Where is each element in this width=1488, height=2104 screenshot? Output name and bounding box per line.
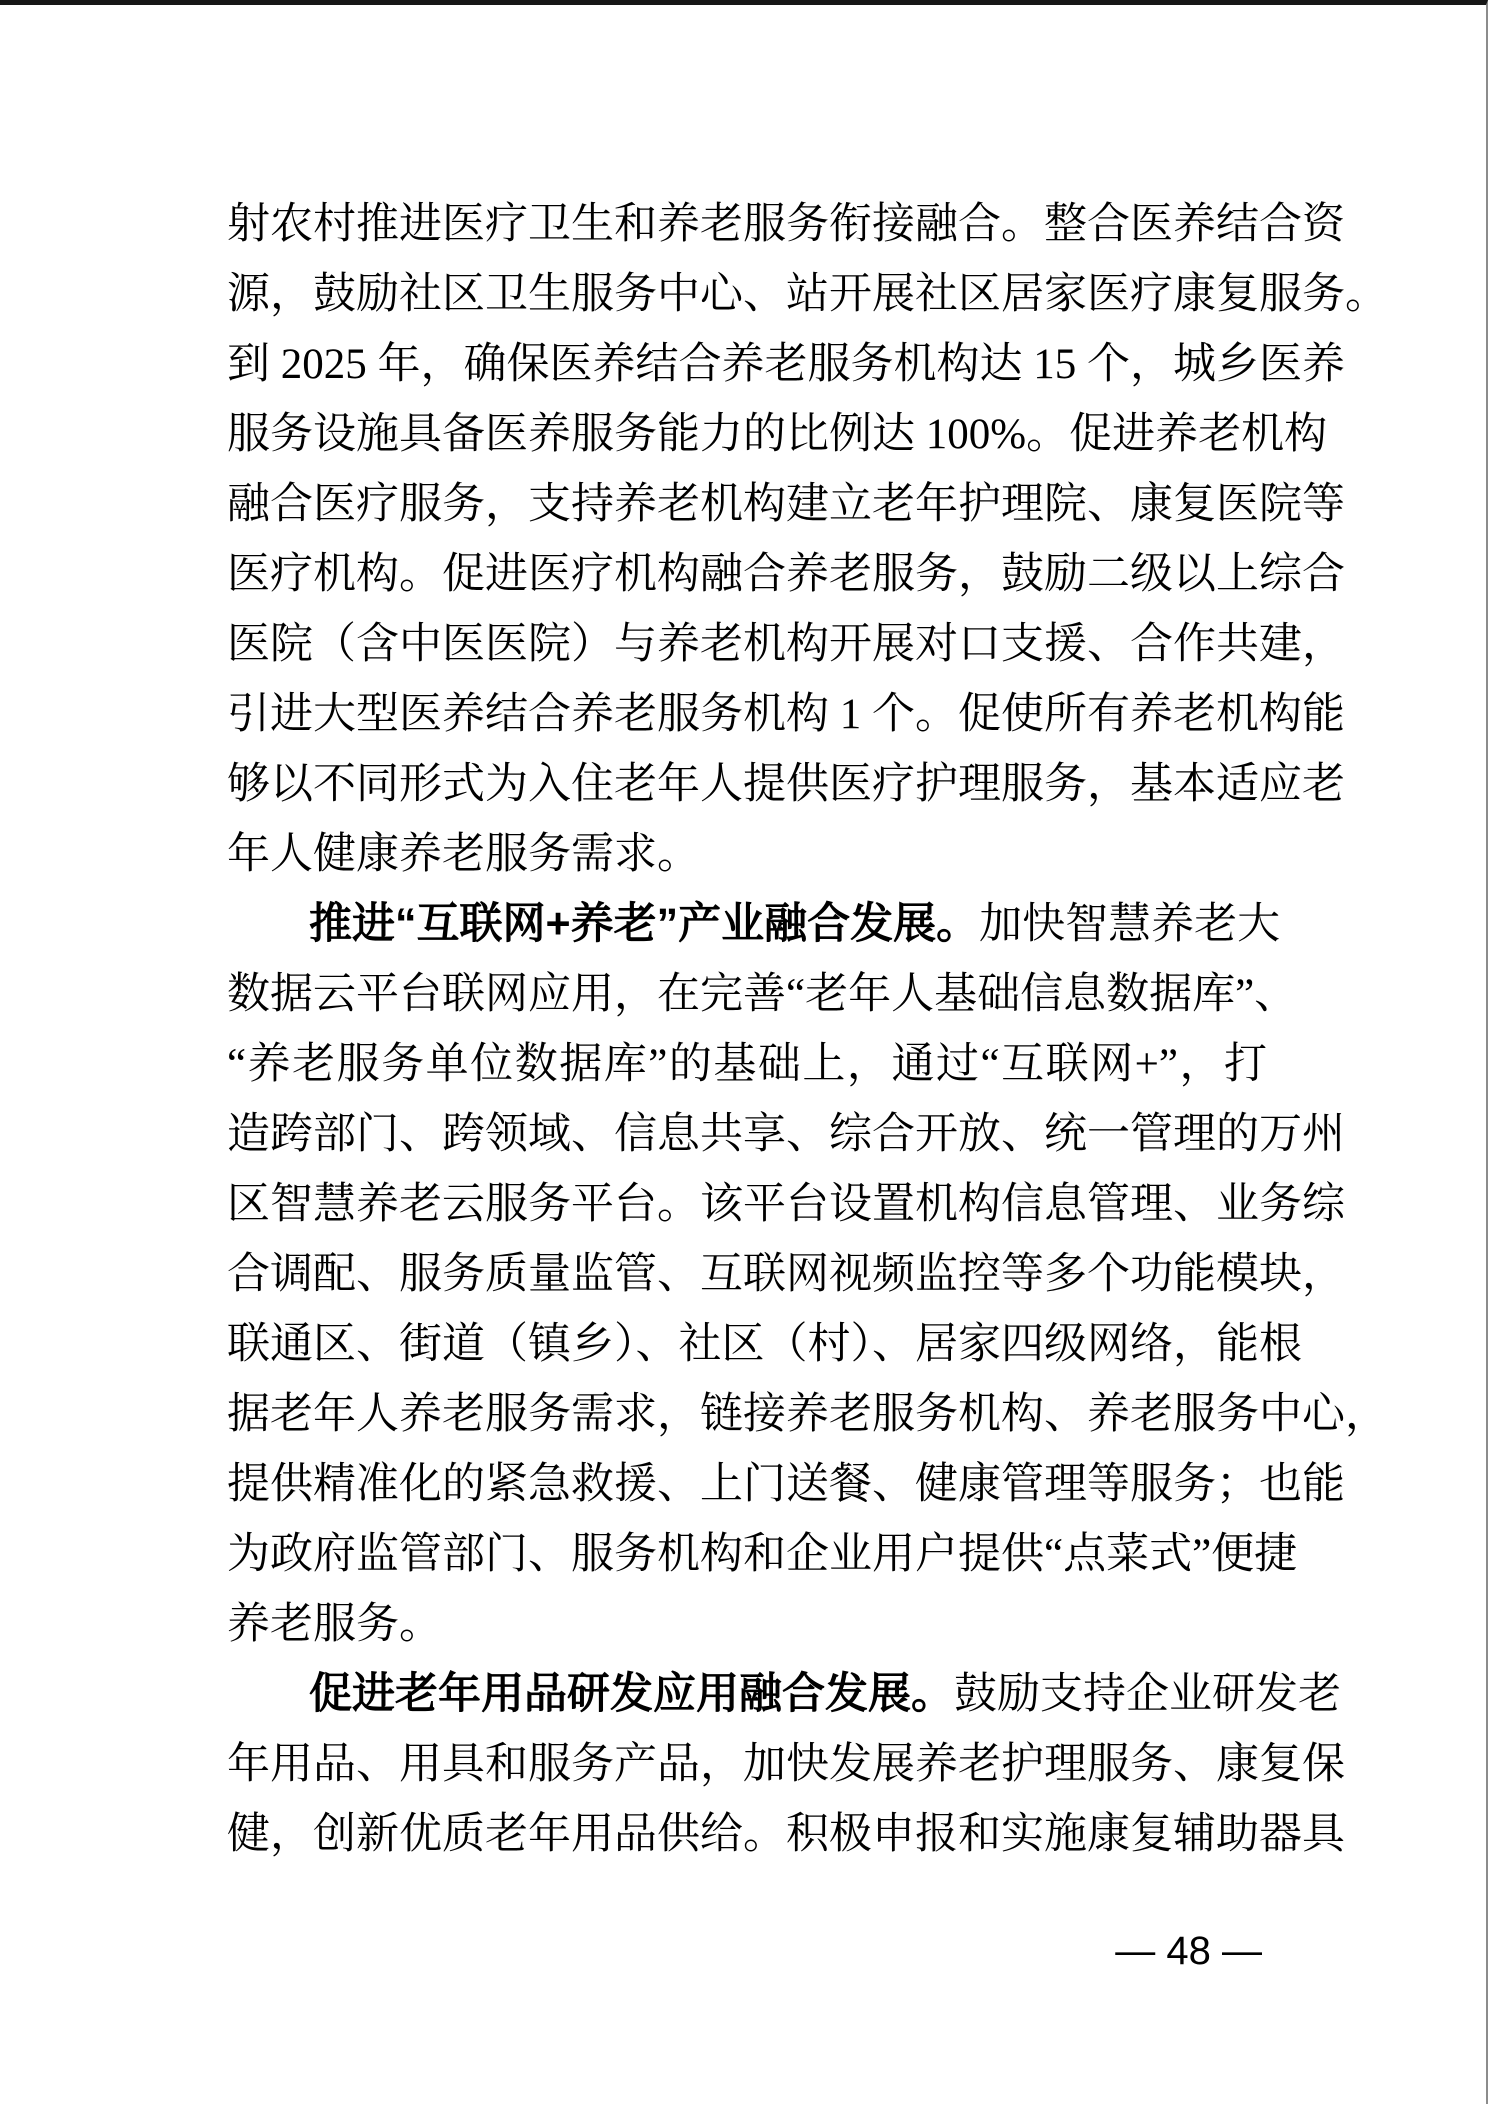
text-run: 医院（含中医医院）与养老机构开展对口支援、合作共建， [227, 621, 1345, 668]
text-run: 健，创新优质老年用品供给。积极申报和实施康复辅助器具 [227, 1811, 1345, 1858]
text-line: 引进大型医养结合养老服务机构 1 个。促使所有养老机构能 [227, 679, 1267, 749]
text-run: “养老服务单位数据库”的基础上，通过“互联网+”，打 [227, 1041, 1267, 1088]
text-line: 年用品、用具和服务产品，加快发展养老护理服务、康复保 [227, 1729, 1267, 1799]
text-line: 数据云平台联网应用，在完善“老年人基础信息数据库”、 [227, 959, 1267, 1029]
text-line: 融合医疗服务，支持养老机构建立老年护理院、康复医院等 [227, 469, 1267, 539]
text-line: 射农村推进医疗卫生和养老服务衔接融合。整合医养结合资 [227, 189, 1267, 259]
text-run: 服务设施具备医养服务能力的比例达 100%。促进养老机构 [227, 411, 1327, 458]
paragraph-last-line: 年人健康养老服务需求。 [227, 819, 1267, 889]
text-line: 服务设施具备医养服务能力的比例达 100%。促进养老机构 [227, 399, 1267, 469]
text-line: 合调配、服务质量监管、互联网视频监控等多个功能模块， [227, 1239, 1267, 1309]
text-run: 据老年人养老服务需求，链接养老服务机构、养老服务中心， [227, 1391, 1388, 1438]
paragraph-heading-line: 促进老年用品研发应用融合发展。鼓励支持企业研发老 [227, 1659, 1267, 1729]
text-run: 引进大型医养结合养老服务机构 1 个。促使所有养老机构能 [227, 691, 1345, 738]
text-run: 医疗机构。促进医疗机构融合养老服务，鼓励二级以上综合 [227, 551, 1345, 598]
text-line: 联通区、街道（镇乡）、社区（村）、居家四级网络，能根 [227, 1309, 1267, 1379]
text-run: 射农村推进医疗卫生和养老服务衔接融合。整合医养结合资 [227, 201, 1345, 248]
text-run: 为政府监管部门、服务机构和企业用户提供“点菜式”便捷 [227, 1531, 1297, 1578]
text-run: 年用品、用具和服务产品，加快发展养老护理服务、康复保 [227, 1741, 1345, 1788]
text-line: 区智慧养老云服务平台。该平台设置机构信息管理、业务综 [227, 1169, 1267, 1239]
text-line: 为政府监管部门、服务机构和企业用户提供“点菜式”便捷 [227, 1519, 1267, 1589]
text-line: 提供精准化的紧急救援、上门送餐、健康管理等服务；也能 [227, 1449, 1267, 1519]
text-run: 加快智慧养老大 [979, 901, 1280, 948]
text-run: 鼓励支持企业研发老 [954, 1671, 1341, 1718]
text-run: 造跨部门、跨领域、信息共享、综合开放、统一管理的万州 [227, 1111, 1345, 1158]
document-page: 射农村推进医疗卫生和养老服务衔接融合。整合医养结合资 源，鼓励社区卫生服务中心、… [0, 0, 1488, 2104]
text-run: 到 2025 年，确保医养结合养老服务机构达 15 个，城乡医养 [227, 341, 1345, 388]
text-run: 数据云平台联网应用，在完善“老年人基础信息数据库”、 [227, 971, 1297, 1018]
text-body: 射农村推进医疗卫生和养老服务衔接融合。整合医养结合资 源，鼓励社区卫生服务中心、… [227, 189, 1267, 1869]
text-line: 到 2025 年，确保医养结合养老服务机构达 15 个，城乡医养 [227, 329, 1267, 399]
page-number: — 48 — [1115, 1929, 1262, 1974]
text-line: 造跨部门、跨领域、信息共享、综合开放、统一管理的万州 [227, 1099, 1267, 1169]
text-run: 源，鼓励社区卫生服务中心、站开展社区居家医疗康复服务。 [227, 271, 1388, 318]
text-line: 源，鼓励社区卫生服务中心、站开展社区居家医疗康复服务。 [227, 259, 1267, 329]
text-run: 养老服务。 [227, 1601, 442, 1648]
bold-run: 促进老年用品研发应用融合发展。 [309, 1670, 954, 1718]
paragraph-heading-line: 推进“互联网+养老”产业融合发展。加快智慧养老大 [227, 889, 1267, 959]
bold-run: 推进“互联网+养老”产业融合发展。 [309, 900, 979, 948]
text-run: 联通区、街道（镇乡）、社区（村）、居家四级网络，能根 [227, 1321, 1302, 1368]
text-line: “养老服务单位数据库”的基础上，通过“互联网+”，打 [227, 1029, 1267, 1099]
text-run: 区智慧养老云服务平台。该平台设置机构信息管理、业务综 [227, 1181, 1345, 1228]
text-line: 健，创新优质老年用品供给。积极申报和实施康复辅助器具 [227, 1799, 1267, 1869]
text-line: 据老年人养老服务需求，链接养老服务机构、养老服务中心， [227, 1379, 1267, 1449]
text-line: 医院（含中医医院）与养老机构开展对口支援、合作共建， [227, 609, 1267, 679]
text-run: 年人健康养老服务需求。 [227, 831, 700, 878]
text-run: 提供精准化的紧急救援、上门送餐、健康管理等服务；也能 [227, 1461, 1345, 1508]
text-run: 合调配、服务质量监管、互联网视频监控等多个功能模块， [227, 1251, 1345, 1298]
text-run: 融合医疗服务，支持养老机构建立老年护理院、康复医院等 [227, 481, 1345, 528]
text-line: 医疗机构。促进医疗机构融合养老服务，鼓励二级以上综合 [227, 539, 1267, 609]
text-line: 够以不同形式为入住老年人提供医疗护理服务，基本适应老 [227, 749, 1267, 819]
text-run: 够以不同形式为入住老年人提供医疗护理服务，基本适应老 [227, 761, 1345, 808]
paragraph-last-line: 养老服务。 [227, 1589, 1267, 1659]
